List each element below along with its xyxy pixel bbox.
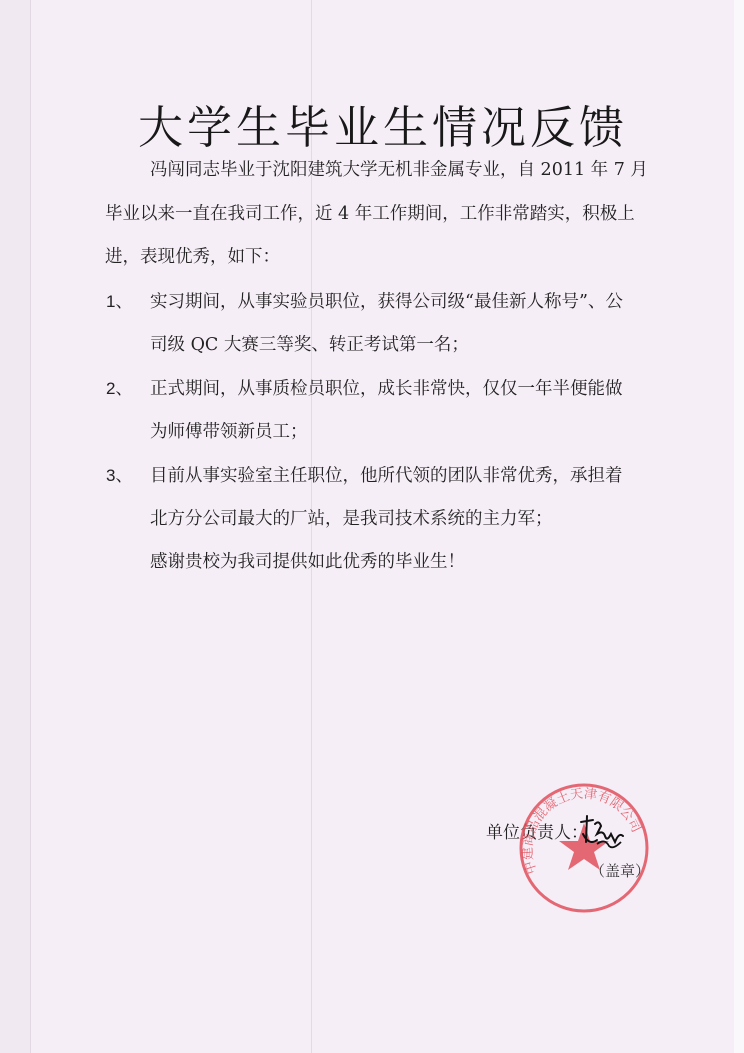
intro-line-3: 进，表现优秀，如下： [105,245,280,269]
handwritten-signature-icon [577,812,627,854]
intro-line-1: 冯闯同志毕业于沈阳建筑大学无机非金属专业，自 2011 年 7 月 [150,158,648,182]
item-1-line-2: 司级 QC 大赛三等奖、转正考试第一名； [150,333,469,357]
closing-line: 感谢贵校为我司提供如此优秀的毕业生！ [150,550,465,574]
scan-right-edge [734,0,744,1053]
item-3-line-1: 目前从事实验室主任职位，他所代领的团队非常优秀，承担着 [150,464,623,488]
document-page: 大学生毕业生情况反馈 冯闯同志毕业于沈阳建筑大学无机非金属专业，自 2011 年… [0,0,744,1053]
item-1-line-1: 实习期间，从事实验员职位，获得公司级“最佳新人称号”、公 [150,290,623,314]
intro-line-2: 毕业以来一直在我司工作，近 4 年工作期间，工作非常踏实，积极上 [105,202,635,226]
item-number-3: 3、 [106,464,132,488]
scan-left-edge [0,0,31,1053]
item-2-line-2: 为师傅带领新员工； [150,420,308,444]
item-2-line-1: 正式期间，从事质检员职位，成长非常快，仅仅一年半便能做 [150,377,623,401]
item-number-2: 2、 [106,377,132,401]
item-3-line-2: 北方分公司最大的厂站，是我司技术系统的主力军； [150,507,553,531]
document-title: 大学生毕业生情况反馈 [138,98,598,158]
item-number-1: 1、 [106,290,132,314]
